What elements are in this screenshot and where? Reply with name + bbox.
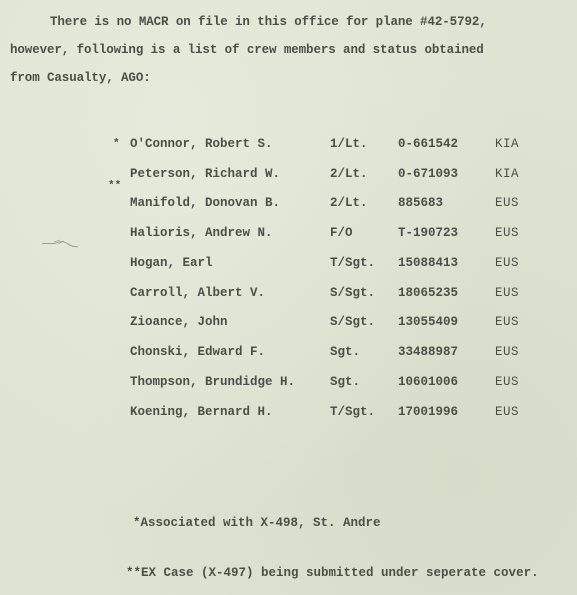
- crew-status: KIA: [495, 167, 519, 181]
- crew-status: EUS: [495, 256, 519, 270]
- crew-name: Thompson, Brundidge H.: [130, 375, 295, 389]
- crew-name: Carroll, Albert V.: [130, 286, 265, 300]
- crew-serial: 0-661542: [398, 137, 458, 151]
- crew-rank: F/O: [330, 226, 353, 240]
- crew-name: Manifold, Donovan B.: [130, 196, 280, 210]
- crew-name: O'Connor, Robert S.: [130, 137, 273, 151]
- crew-status: EUS: [495, 345, 519, 359]
- crew-status: EUS: [495, 315, 519, 329]
- crew-name: Peterson, Richard W.: [130, 167, 280, 181]
- crew-rank: S/Sgt.: [330, 315, 375, 329]
- intro-line-1: There is no MACR on file in this office …: [10, 8, 570, 36]
- crew-rank: Sgt.: [330, 375, 360, 389]
- footnote-ex-case: **EX Case (X-497) being submitted under …: [126, 566, 539, 580]
- crew-row: Hogan, Earl T/Sgt. 15088413 EUS: [0, 256, 577, 276]
- crew-row: Manifold, Donovan B. 2/Lt. 885683 EUS: [0, 196, 577, 216]
- crew-row: ** Peterson, Richard W. 2/Lt. 0-671093 K…: [0, 167, 577, 187]
- crew-row: Zioance, John S/Sgt. 13055409 EUS: [0, 315, 577, 335]
- crew-name: Halioris, Andrew N.: [130, 226, 273, 240]
- crew-rank: Sgt.: [330, 345, 360, 359]
- crew-serial: 10601006: [398, 375, 458, 389]
- crew-serial: 33488987: [398, 345, 458, 359]
- crew-status: EUS: [495, 405, 519, 419]
- crew-serial: 17001996: [398, 405, 458, 419]
- intro-paragraph: There is no MACR on file in this office …: [10, 8, 570, 92]
- intro-line-3: from Casualty, AGO:: [10, 64, 570, 92]
- crew-status: EUS: [495, 375, 519, 389]
- crew-rank: T/Sgt.: [330, 405, 375, 419]
- footnote-marker: *: [113, 138, 120, 150]
- crew-rank: T/Sgt.: [330, 256, 375, 270]
- crew-serial: 13055409: [398, 315, 458, 329]
- crew-status: EUS: [495, 196, 519, 210]
- crew-row: * O'Connor, Robert S. 1/Lt. 0-661542 KIA: [0, 137, 577, 157]
- crew-name: Koening, Bernard H.: [130, 405, 273, 419]
- crew-serial: 18065235: [398, 286, 458, 300]
- crew-serial: T-190723: [398, 226, 458, 240]
- crew-rank: 2/Lt.: [330, 167, 368, 181]
- footnote-marker: **: [108, 180, 121, 192]
- crew-status: EUS: [495, 286, 519, 300]
- crew-row: Halioris, Andrew N. F/O T-190723 EUS: [0, 226, 577, 246]
- crew-status: EUS: [495, 226, 519, 240]
- footnote-associated: *Associated with X-498, St. Andre: [133, 516, 381, 530]
- crew-rank: S/Sgt.: [330, 286, 375, 300]
- crew-rank: 1/Lt.: [330, 137, 368, 151]
- crew-status: KIA: [495, 137, 519, 151]
- crew-serial: 15088413: [398, 256, 458, 270]
- intro-line-2: however, following is a list of crew mem…: [10, 36, 570, 64]
- crew-row: Thompson, Brundidge H. Sgt. 10601006 EUS: [0, 375, 577, 395]
- crew-serial: 0-671093: [398, 167, 458, 181]
- crew-row: Chonski, Edward F. Sgt. 33488987 EUS: [0, 345, 577, 365]
- crew-row: Carroll, Albert V. S/Sgt. 18065235 EUS: [0, 286, 577, 306]
- crew-name: Hogan, Earl: [130, 256, 213, 270]
- crew-row: Koening, Bernard H. T/Sgt. 17001996 EUS: [0, 405, 577, 425]
- crew-name: Zioance, John: [130, 315, 228, 329]
- typed-document-page: There is no MACR on file in this office …: [0, 0, 577, 595]
- crew-serial: 885683: [398, 196, 443, 210]
- crew-name: Chonski, Edward F.: [130, 345, 265, 359]
- crew-rank: 2/Lt.: [330, 196, 368, 210]
